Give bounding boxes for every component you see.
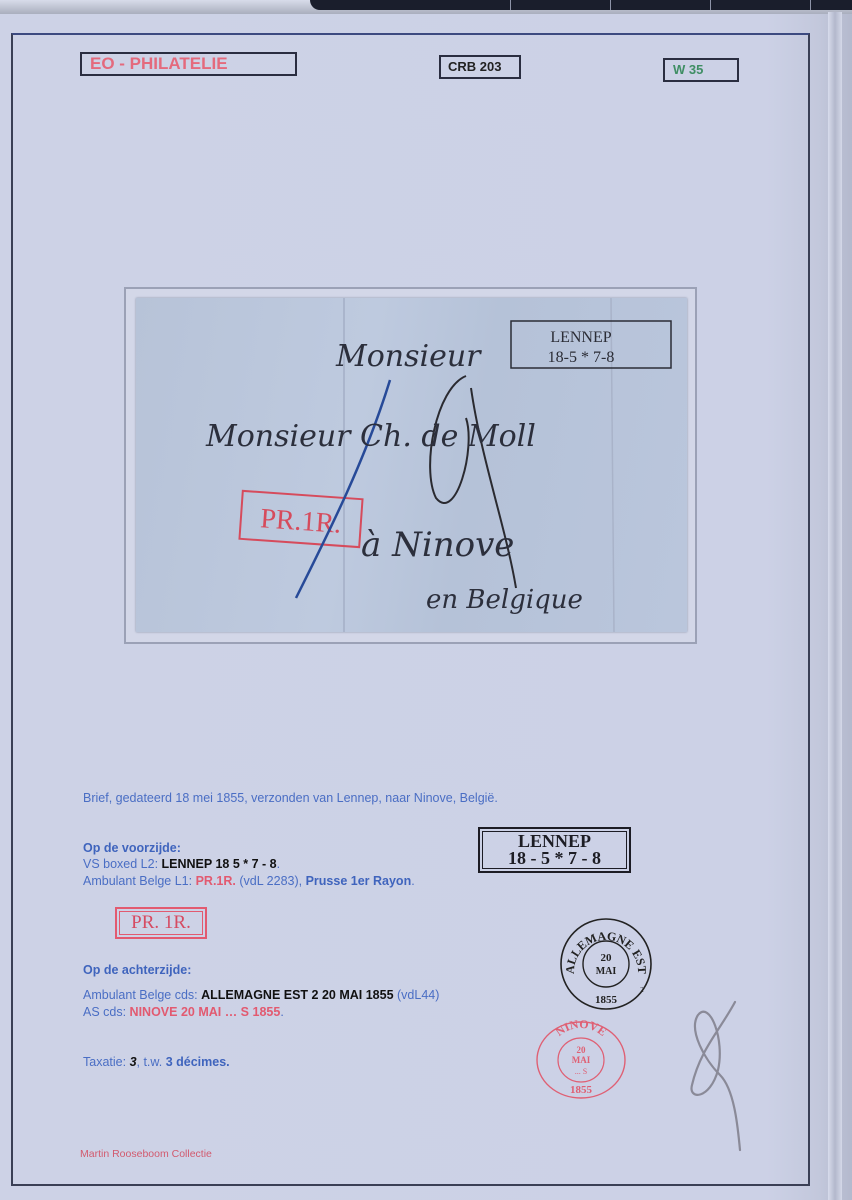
back-line-1: Ambulant Belge cds: ALLEMAGNE EST 2 20 M… (83, 988, 439, 1002)
background-binder (310, 0, 852, 10)
svg-text:20: 20 (601, 952, 613, 964)
back-line-2-value: NINOVE 20 MAI … S 1855 (130, 1005, 281, 1019)
ninove-cds-illustration: NINOVE 20 MAI ... S 1855 (535, 1020, 627, 1105)
pencil-annotation (680, 990, 760, 1165)
front-line-1-end: . (277, 857, 280, 871)
tax-label: Taxatie: (83, 1055, 130, 1069)
svg-text:1855: 1855 (570, 1084, 593, 1096)
svg-text:... S: ... S (575, 1067, 587, 1076)
catalog-reference: CRB 203 (439, 55, 521, 79)
tax-line: Taxatie: 3, t.w. 3 décimes. (83, 1055, 230, 1069)
back-line-2: AS cds: NINOVE 20 MAI … S 1855. (83, 1005, 284, 1019)
front-line-2: Ambulant Belge L1: PR.1R. (vdL 2283), Pr… (83, 874, 415, 888)
back-line-2-end: . (280, 1005, 283, 1019)
lennep-stamp-illustration: LENNEP 18 - 5 * 7 - 8 (478, 827, 631, 873)
back-line-1-label: Ambulant Belge cds: (83, 988, 201, 1002)
collection-footer: Martin Rooseboom Collectie (80, 1148, 212, 1160)
front-line-1-value: LENNEP 18 5 * 7 - 8 (162, 857, 277, 871)
letter-cover-image: LENNEP 18-5 * 7-8 PR.1R. Monsieur Monsie… (136, 298, 687, 632)
svg-text:LENNEP: LENNEP (550, 329, 611, 346)
allemagne-cds-illustration: ALLEMAGNE EST 20 MAI 1855 2 (558, 916, 654, 1017)
tax-value: 3 (130, 1055, 137, 1069)
front-line-1: VS boxed L2: LENNEP 18 5 * 7 - 8. (83, 857, 280, 871)
svg-text:à Ninove: à Ninove (361, 525, 514, 565)
svg-text:Monsieur: Monsieur (335, 339, 482, 374)
lennep-stamp-line2: 18 - 5 * 7 - 8 (480, 850, 629, 867)
front-line-2-meaning: Prusse 1er Rayon (306, 874, 412, 888)
front-line-2-ref: (vdL 2283), (236, 874, 306, 888)
pr1r-stamp-illustration: PR. 1R. (115, 907, 207, 939)
back-line-1-ref: (vdL44) (394, 988, 440, 1002)
svg-text:PR.1R.: PR.1R. (259, 503, 342, 540)
front-line-2-end: . (411, 874, 414, 888)
svg-text:18-5 * 7-8: 18-5 * 7-8 (548, 349, 615, 366)
tax-meaning: 3 décimes. (166, 1055, 230, 1069)
sheet-reference: W 35 (663, 58, 739, 82)
svg-text:NINOVE: NINOVE (553, 1020, 610, 1039)
description-intro: Brief, gedateerd 18 mei 1855, verzonden … (83, 791, 498, 805)
front-line-2-label: Ambulant Belge L1: (83, 874, 196, 888)
front-heading: Op de voorzijde: (83, 841, 181, 855)
back-line-1-value: ALLEMAGNE EST 2 20 MAI 1855 (201, 988, 393, 1002)
cover-artwork: LENNEP 18-5 * 7-8 PR.1R. Monsieur Monsie… (136, 298, 687, 632)
front-line-1-label: VS boxed L2: (83, 857, 162, 871)
svg-text:1855: 1855 (595, 994, 618, 1006)
sleeve-edge (828, 12, 842, 1200)
header-title: EO - PHILATELIE (80, 52, 297, 76)
svg-text:20: 20 (577, 1045, 587, 1055)
svg-text:2: 2 (640, 986, 644, 994)
svg-text:MAI: MAI (572, 1055, 591, 1065)
front-line-2-value: PR.1R. (196, 874, 236, 888)
cover-lennep-stamp: LENNEP 18-5 * 7-8 (511, 321, 671, 368)
back-line-2-label: AS cds: (83, 1005, 130, 1019)
tax-mid: , t.w. (137, 1055, 166, 1069)
svg-text:MAI: MAI (596, 966, 617, 977)
svg-text:Monsieur Ch. de Moll: Monsieur Ch. de Moll (205, 419, 536, 454)
back-heading: Op de achterzijde: (83, 963, 191, 977)
svg-text:en Belgique: en Belgique (426, 585, 583, 615)
